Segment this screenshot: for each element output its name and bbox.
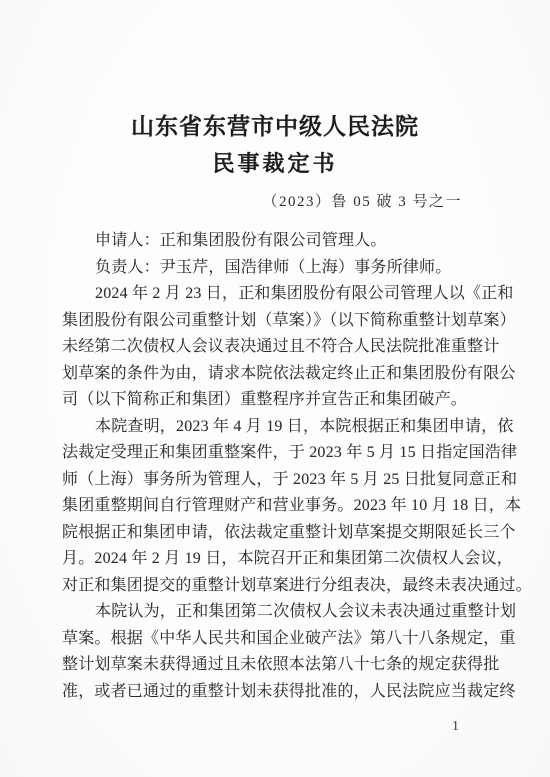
court-name-title: 山东省东营市中级人民法院 [0,108,550,141]
document-line: 整计划草案未获得通过且未依照本法第八十七条的规定获得批 [62,652,492,679]
document-line: 对正和集团提交的重整计划草案进行分组表决，最终未表决通过。 [62,573,492,600]
body-paragraphs: 申请人：正和集团股份有限公司管理人。 负责人：尹玉芹，国浩律师（上海）事务所律师… [62,228,492,705]
document-line: 集团股份有限公司重整计划（草案）》（以下简称重整计划草案） [62,308,492,335]
document-line: 2024 年 2 月 23 日，正和集团股份有限公司管理人以《正和 [62,281,492,308]
document-line: 本院认为，正和集团第二次债权人会议未表决通过重整计划 [62,599,492,626]
document-line: 月。2024 年 2 月 19 日，本院召开正和集团第二次债权人会议， [62,546,492,573]
page-number: 1 [452,719,459,735]
document-line: 司（以下简称正和集团）重整程序并宣告正和集团破产。 [62,387,492,414]
document-line: 准，或者已通过的重整计划未获得批准的，人民法院应当裁定终 [62,679,492,706]
document-type-title: 民事裁定书 [0,147,550,178]
document-line: 负责人：尹玉芹，国浩律师（上海）事务所律师。 [62,255,492,282]
document-line: 未经第二次债权人会议表决通过且不符合人民法院批准重整计 [62,334,492,361]
ruling-document-page: 山东省东营市中级人民法院 民事裁定书 （2023）鲁 05 破 3 号之一 申请… [0,0,550,777]
document-line: 师（上海）事务所为管理人，于 2023 年 5 月 25 日批复同意正和 [62,467,492,494]
document-line: 本院查明，2023 年 4 月 19 日，本院根据正和集团申请，依 [62,414,492,441]
document-line: 法裁定受理正和集团重整案件，于 2023 年 5 月 15 日指定国浩律 [62,440,492,467]
document-line: 划草案的条件为由，请求本院依法裁定终止正和集团股份有限公 [62,361,492,388]
document-line: 集团重整期间自行管理财产和营业事务。2023 年 10 月 18 日，本 [62,493,492,520]
document-line: 申请人：正和集团股份有限公司管理人。 [62,228,492,255]
document-line: 草案。根据《中华人民共和国企业破产法》第八十八条规定，重 [62,626,492,653]
document-line: 院根据正和集团申请，依法裁定重整计划草案提交期限延长三个 [62,520,492,547]
case-number: （2023）鲁 05 破 3 号之一 [0,190,462,211]
